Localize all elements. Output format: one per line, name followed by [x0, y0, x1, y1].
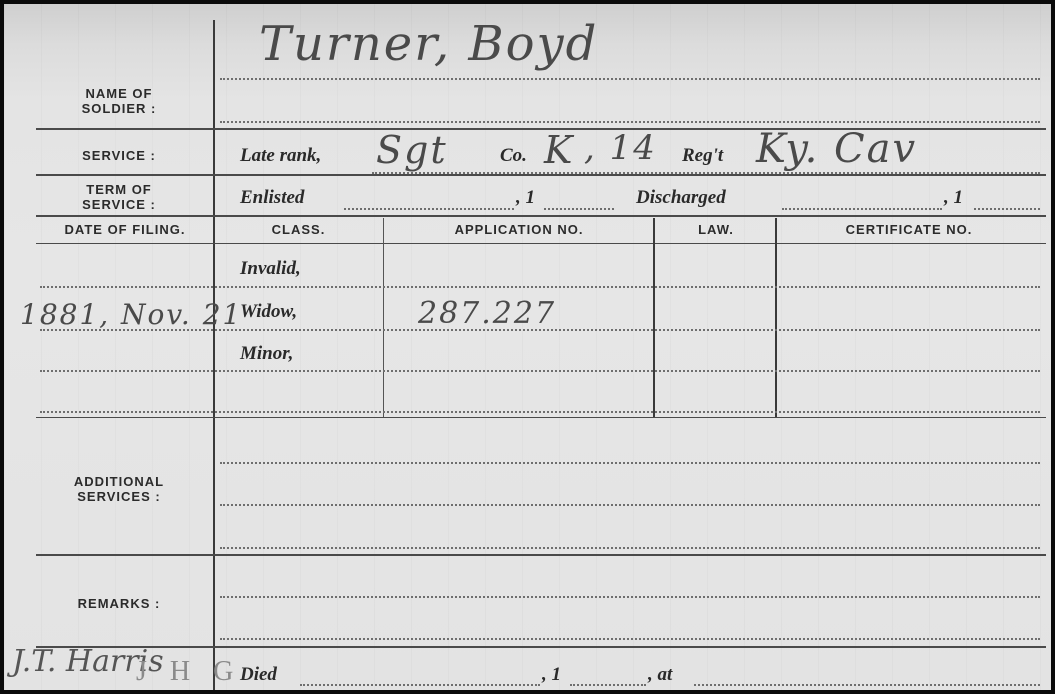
remarks-dotted-line-2 [220, 638, 1040, 640]
header-date-of-filing: DATE OF FILING. [40, 222, 210, 237]
term-of-service-label: TERM OF SERVICE : [44, 182, 194, 212]
label-line: NAME OF [44, 86, 194, 101]
company-value: K [544, 128, 574, 172]
name-dotted-line [220, 78, 1040, 80]
late-rank-label: Late rank, [240, 145, 321, 167]
remarks-label: REMARKS : [44, 596, 194, 611]
table-bottom [36, 417, 1046, 418]
label-line: SOLDIER : [44, 101, 194, 116]
name-dotted-line-2 [220, 121, 1040, 123]
discharged-year: , 1 [944, 187, 963, 209]
header-underline [36, 243, 1046, 244]
label-line: SERVICES : [44, 489, 194, 504]
additional-dotted-line-3 [220, 547, 1040, 549]
died-label: Died [240, 664, 277, 686]
header-application-no: APPLICATION NO. [384, 222, 654, 237]
label-column-divider [213, 20, 215, 694]
died-at-dotted [694, 684, 1040, 686]
discharged-dotted-line [782, 208, 942, 210]
additional-dotted-line-2 [220, 504, 1040, 506]
died-at-label: , at [648, 664, 672, 686]
header-certificate-no: CERTIFICATE NO. [778, 222, 1040, 237]
class-widow: Widow, [240, 301, 297, 323]
enlisted-label: Enlisted [240, 187, 304, 209]
enlisted-year: , 1 [516, 187, 535, 209]
class-app-divider [383, 218, 384, 418]
divider [36, 215, 1046, 217]
date-of-filing-value: 1881, Nov. 21 [20, 298, 242, 331]
label-line: TERM OF [44, 182, 194, 197]
header-class: CLASS. [216, 222, 381, 237]
divider [36, 646, 1046, 648]
application-no-value: 287.227 [418, 296, 556, 331]
discharged-label: Discharged [636, 187, 726, 209]
divider [36, 174, 1046, 176]
remarks-dotted-line-1 [220, 596, 1040, 598]
stamp-initials: J H G [136, 656, 241, 688]
class-invalid: Invalid, [240, 258, 301, 280]
soldier-name-handwritten: Turner, Boyd [259, 16, 598, 72]
label-line: ADDITIONAL [44, 474, 194, 489]
divider [36, 554, 1046, 556]
class-minor: Minor, [240, 343, 293, 365]
regiment-number-value: , 14 [584, 128, 657, 168]
header-law: LAW. [656, 222, 776, 237]
name-of-soldier-label: NAME OF SOLDIER : [44, 86, 194, 116]
additional-dotted-line-1 [220, 462, 1040, 464]
law-cert-divider [775, 218, 777, 418]
table-row-line-1 [40, 286, 1040, 288]
enlisted-year-dotted [544, 208, 614, 210]
regiment-state-value: Ky. Cav [756, 126, 917, 172]
table-row-line-4 [40, 411, 1040, 413]
app-law-divider [653, 218, 655, 418]
co-label: Co. [500, 145, 527, 167]
service-label: SERVICE : [44, 148, 194, 163]
table-row-line-3 [40, 370, 1040, 372]
died-year: , 1 [542, 664, 561, 686]
pension-index-card: NAME OF SOLDIER : Turner, Boyd SERVICE :… [0, 0, 1055, 694]
additional-services-label: ADDITIONAL SERVICES : [44, 474, 194, 504]
regt-label: Reg't [682, 145, 723, 167]
died-dotted-line [300, 684, 540, 686]
discharged-year-dotted [974, 208, 1040, 210]
died-year-dotted [570, 684, 646, 686]
late-rank-value: Sgt [376, 128, 448, 172]
enlisted-dotted-line [344, 208, 514, 210]
label-line: SERVICE : [44, 197, 194, 212]
